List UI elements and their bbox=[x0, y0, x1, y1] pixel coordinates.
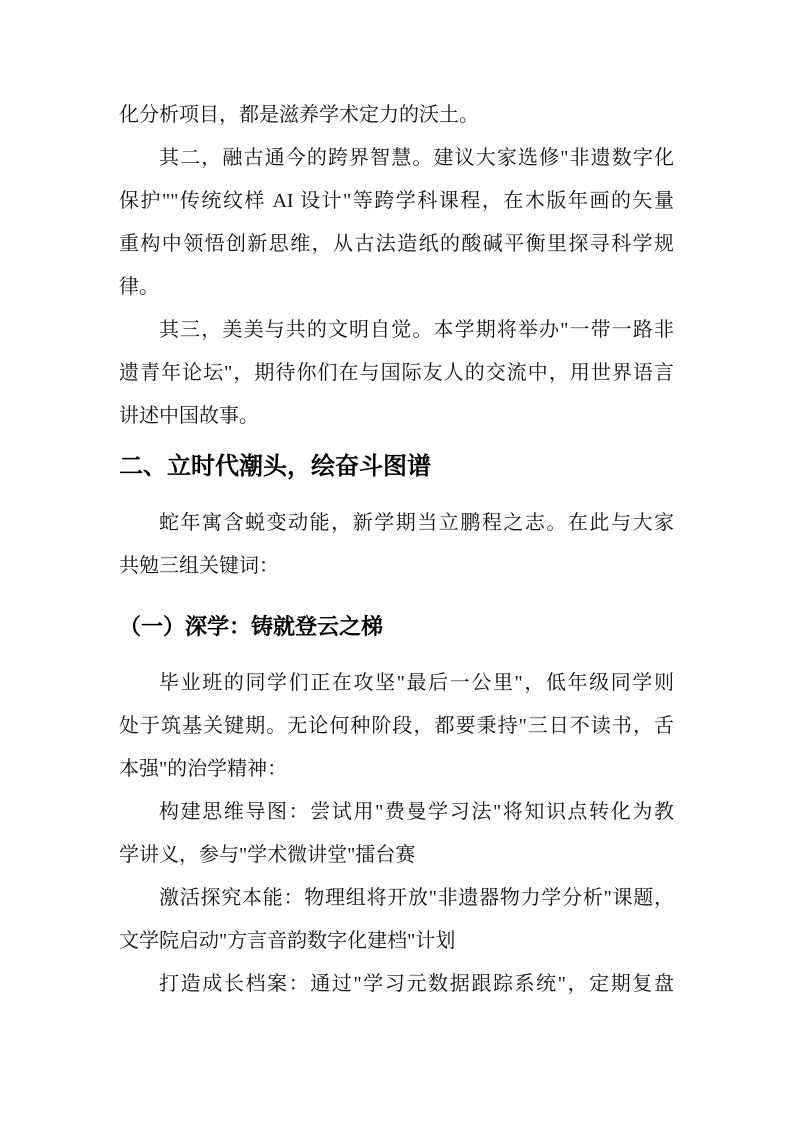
text-line: 构建思维导图：尝试用"费曼学习法"将知识点转化为教 bbox=[119, 791, 674, 834]
text-line: 处于筑基关键期。无论何种阶段，都要秉持"三日不读书，舌 bbox=[119, 705, 674, 748]
text-line: 律。 bbox=[119, 266, 674, 309]
text-line: 蛇年寓含蜕变动能，新学期当立鹏程之志。在此与大家 bbox=[119, 502, 674, 545]
text-line: 重构中领悟创新思维，从古法造纸的酸碱平衡里探寻科学规 bbox=[119, 223, 674, 266]
text-line: 共勉三组关键词： bbox=[119, 545, 674, 588]
text-line: 化分析项目，都是滋养学术定力的沃土。 bbox=[119, 94, 674, 137]
text-line: 激活探究本能：物理组将开放"非遗器物力学分析"课题， bbox=[119, 877, 674, 920]
text-line: 文学院启动"方言音韵数字化建档"计划 bbox=[119, 920, 674, 963]
text-line: 毕业班的同学们正在攻坚"最后一公里"，低年级同学则 bbox=[119, 662, 674, 705]
section-heading: 二、立时代潮头，绘奋斗图谱 bbox=[119, 445, 674, 488]
text-line: 本强"的治学精神： bbox=[119, 748, 674, 791]
text-line: 打造成长档案：通过"学习元数据跟踪系统"，定期复盘 bbox=[119, 963, 674, 1006]
subsection-heading: （一）深学：铸就登云之梯 bbox=[119, 605, 674, 648]
document-page: 化分析项目，都是滋养学术定力的沃土。 其二，融古通今的跨界智慧。建议大家选修"非… bbox=[0, 0, 793, 1122]
text-line: 其二，融古通今的跨界智慧。建议大家选修"非遗数字化 bbox=[119, 137, 674, 180]
text-line: 讲述中国故事。 bbox=[119, 395, 674, 438]
text-line: 遗青年论坛"，期待你们在与国际友人的交流中，用世界语言 bbox=[119, 352, 674, 395]
text-line: 保护""传统纹样 AI 设计"等跨学科课程，在木版年画的矢量 bbox=[119, 180, 674, 223]
text-line: 其三，美美与共的文明自觉。本学期将举办"一带一路非 bbox=[119, 309, 674, 352]
text-line: 学讲义，参与"学术微讲堂"擂台赛 bbox=[119, 834, 674, 877]
